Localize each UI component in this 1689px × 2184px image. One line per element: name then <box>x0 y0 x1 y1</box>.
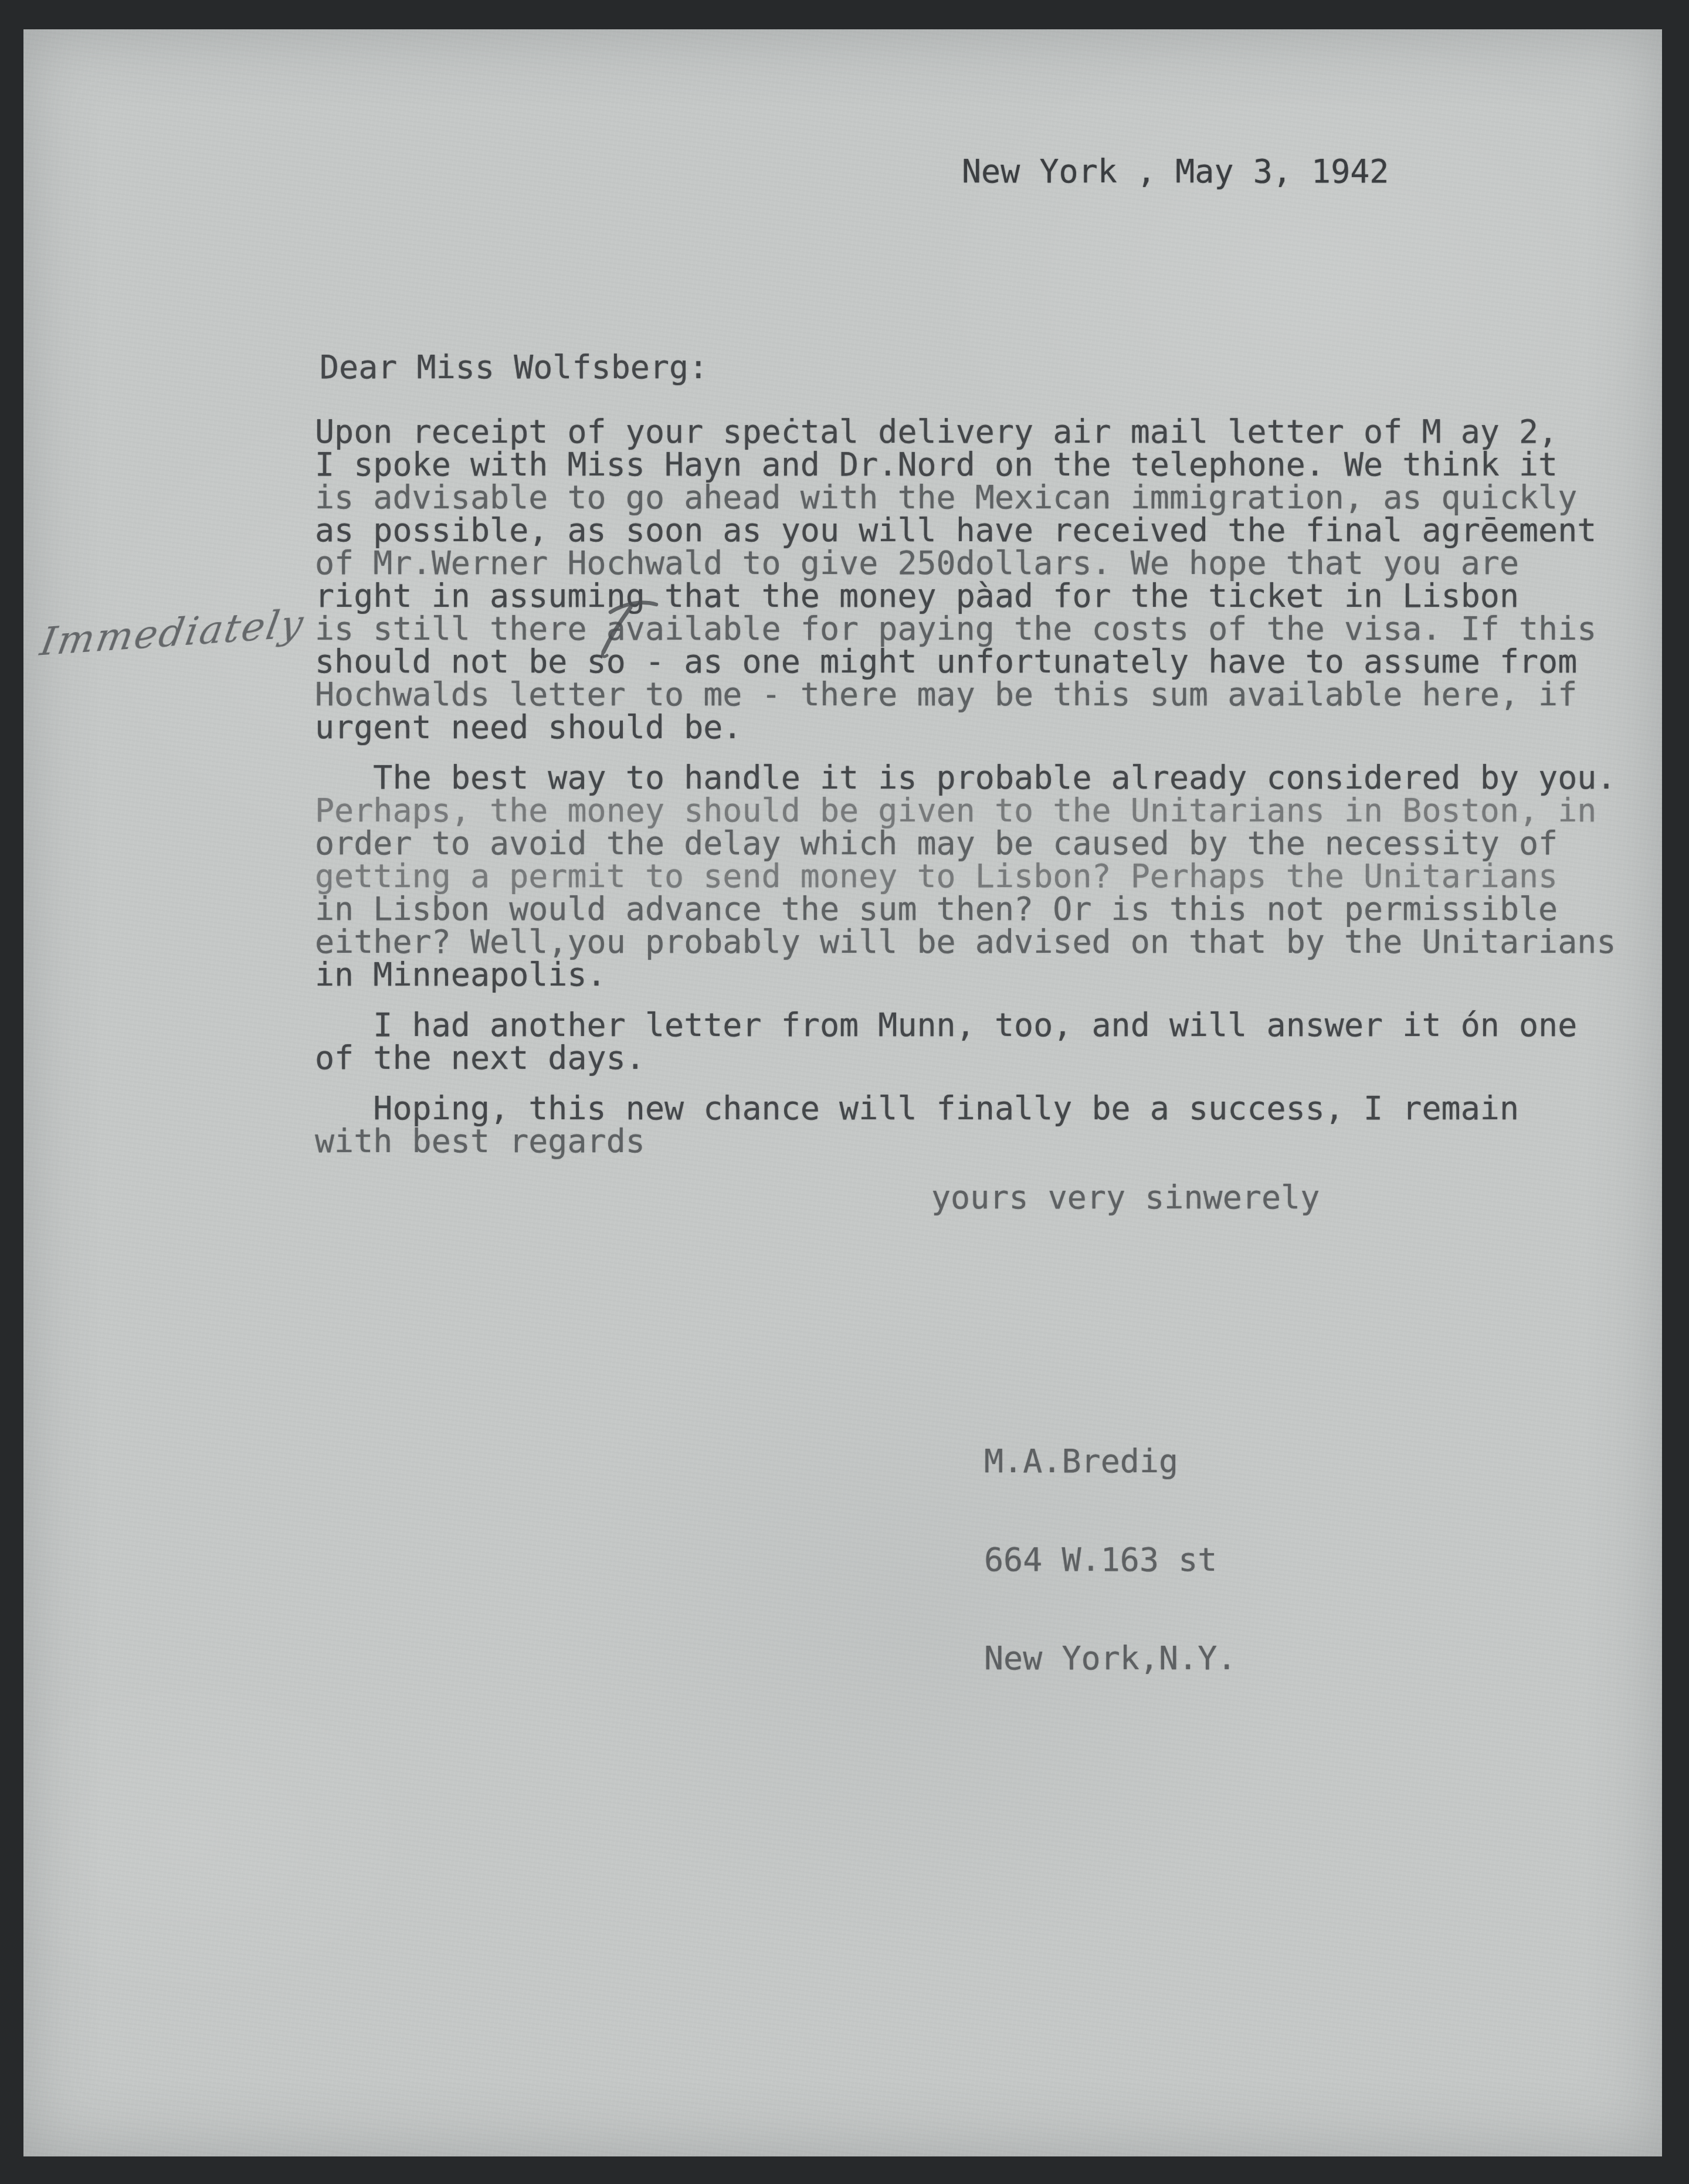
handwritten-caret-icon <box>588 596 664 660</box>
typed-line: Hochwalds letter to me - there may be th… <box>315 678 1616 711</box>
typed-line: urgent need should be. <box>315 711 1616 743</box>
typed-line: with best regards <box>315 1125 1616 1157</box>
typed-line: order to avoid the delay which may be ca… <box>315 827 1616 860</box>
typed-line: Upon receipt of your speċtal delivery ai… <box>315 415 1616 448</box>
typed-line: in Lisbon would advance the sum then? Or… <box>315 892 1616 925</box>
typed-line: should not be so - as one might unfortun… <box>315 645 1616 678</box>
closing-line: yours very sinwerely <box>931 1181 1320 1214</box>
typed-line: of Mr.Werner Hochwald to give 250dollars… <box>315 546 1616 579</box>
typed-line: The best way to handle it is probable al… <box>315 761 1616 794</box>
signature-name: M.A.Bredig <box>984 1445 1236 1477</box>
typed-line: right in assuming that the money pàad fo… <box>315 579 1616 612</box>
typed-line: is still there available for paying the … <box>315 612 1616 645</box>
paragraph: The best way to handle it is probable al… <box>315 761 1616 991</box>
typed-line: is advisable to go ahead with the Mexica… <box>315 481 1616 514</box>
signature-address-line1: 664 W.163 st <box>984 1543 1236 1576</box>
typed-line: in Minneapolis. <box>315 958 1616 991</box>
typed-line: as possible, as soon as you will have re… <box>315 514 1616 546</box>
paragraph: Hoping, this new chance will finally be … <box>315 1092 1616 1157</box>
typed-line: getting a permit to send money to Lisbon… <box>315 860 1616 892</box>
dateline: New York , May 3, 1942 <box>962 155 1389 188</box>
typed-line: I spoke with Miss Hayn and Dr.Nord on th… <box>315 448 1616 481</box>
scan-background: { "letter": { "dateline": "New York , Ma… <box>0 0 1689 2184</box>
typed-line: either? Well,you probably will be advise… <box>315 925 1616 958</box>
signature-block: M.A.Bredig 664 W.163 st New York,N.Y. <box>984 1379 1236 1740</box>
typed-line: Perhaps, the money should be given to th… <box>315 794 1616 827</box>
paper-sheet: New York , May 3, 1942 Dear Miss Wolfsbe… <box>23 29 1662 2156</box>
letter-body: Upon receipt of your speċtal delivery ai… <box>315 415 1616 1157</box>
typed-line: Hoping, this new chance will finally be … <box>315 1092 1616 1125</box>
typed-line: I had another letter from Munn, too, and… <box>315 1008 1616 1041</box>
typed-line: of the next days. <box>315 1041 1616 1074</box>
salutation: Dear Miss Wolfsberg: <box>320 351 708 383</box>
signature-address-line2: New York,N.Y. <box>984 1642 1236 1674</box>
paragraph: Upon receipt of your speċtal delivery ai… <box>315 415 1616 743</box>
paragraph: I had another letter from Munn, too, and… <box>315 1008 1616 1074</box>
